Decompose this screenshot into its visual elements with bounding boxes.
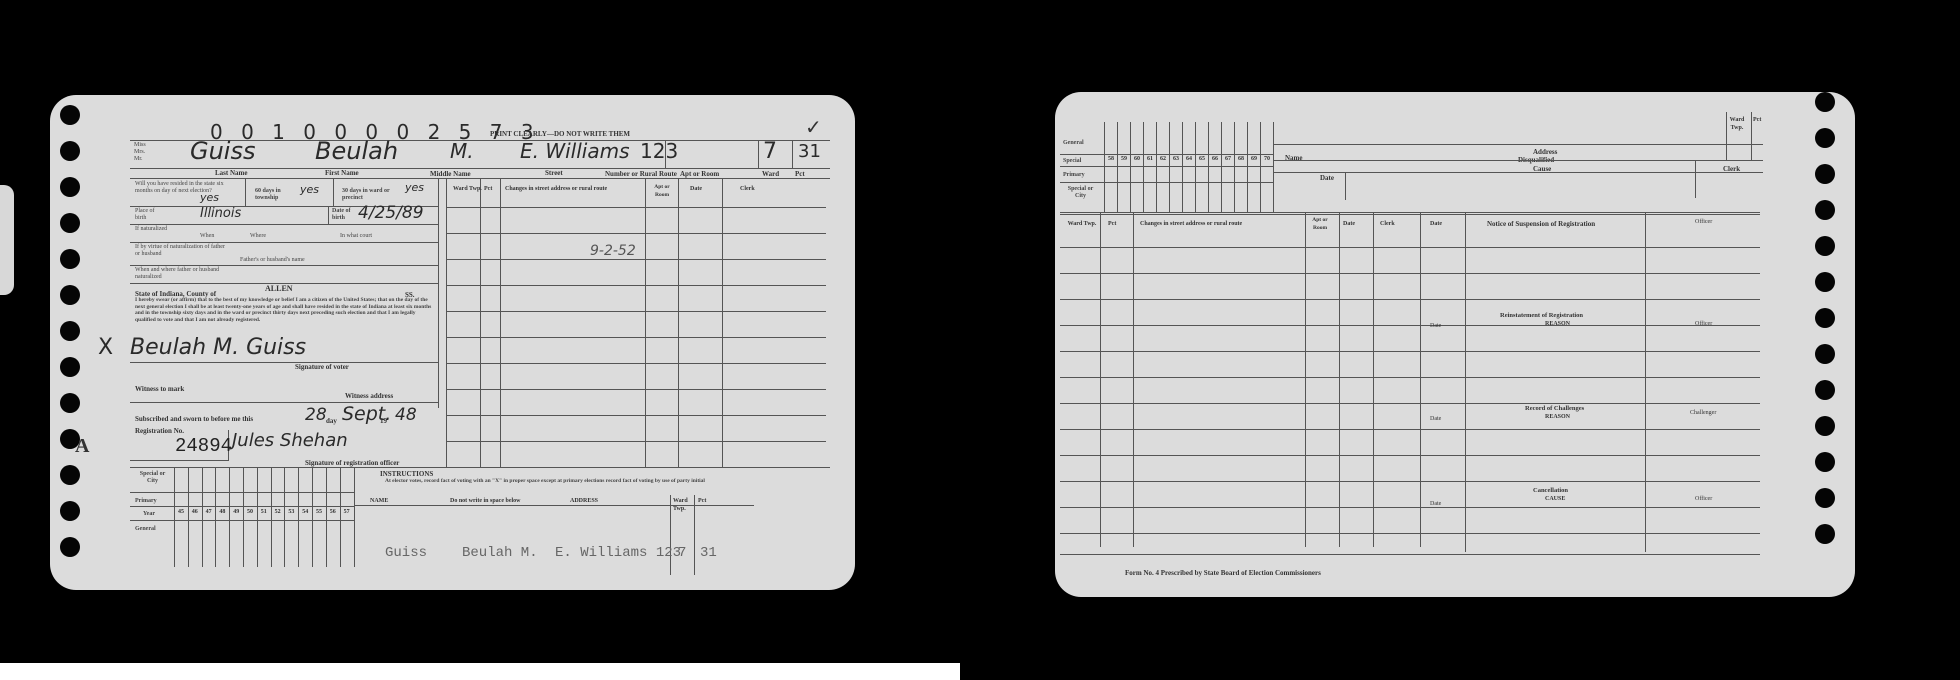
rule [792,140,793,168]
court-label: In what court [340,233,372,240]
voter-ward: 7 [763,139,777,164]
instructions-title: INSTRUCTIONS [380,470,433,478]
punch-hole [1815,92,1835,112]
vote-year-label: 64 [1182,156,1196,162]
vote-year-label: 60 [1130,156,1144,162]
street-label: Street [545,169,563,177]
rule [130,265,438,266]
vote-year-label: 50 [243,509,257,515]
signature-mark: X [98,335,113,360]
voter-registration-card-front: 0 0 1 0 0 0 0 2 5 7 3 PRINT CLEARLY—DO N… [50,95,855,590]
rule [446,207,826,208]
vote-year-label: 65 [1195,156,1209,162]
registration-number: 24894 [175,435,232,457]
rule [446,415,826,416]
place-of-birth: Illinois [200,206,241,221]
rule [446,311,826,312]
change-col-address: Changes in street address or rural route [505,185,607,193]
punch-hole [1815,272,1835,292]
rule [1726,112,1727,160]
vote-year-label: 47 [202,509,216,515]
punch-hole [1815,236,1835,256]
vote-year-label: 52 [271,509,285,515]
punch-hole [60,537,80,557]
footer-ward-label: Ward Twp. [673,497,693,513]
cancellation-officer-label: Officer [1695,495,1712,503]
rule [326,467,327,567]
rule [446,233,826,234]
residence-question: Will you have resided in the state six m… [135,181,235,195]
officer-signature-label: Signature of registration officer [305,459,399,467]
vote-year-label: 48 [215,509,229,515]
suspension-officer-label: Officer [1695,218,1712,226]
apt-label: Apt or Room [680,170,719,178]
rule [1260,122,1261,212]
rule [1247,122,1248,212]
footer-pct-label: Pct [698,497,706,505]
challenges-date-label: Date [1430,415,1441,423]
form-footer: Form No. 4 Prescribed by State Board of … [1125,569,1321,577]
rule [257,467,258,567]
rule [645,178,646,468]
rule [446,363,826,364]
ward-label: Ward [762,170,779,178]
back-change-col-ward: Ward Twp. [1067,220,1097,228]
punch-hole [60,465,80,485]
reinstatement-officer-label: Officer [1695,320,1712,328]
date-of-birth-label: Date of birth [332,208,357,222]
rule [202,467,203,567]
change-col-clerk: Clerk [740,185,755,193]
header-instruction: PRINT CLEARLY—DO NOT WRITE THEM [490,130,630,138]
vote-row-general: General [135,526,156,533]
rule [130,402,438,403]
rule [1060,182,1273,183]
rule [188,467,189,567]
footer-name-label: NAME [370,497,388,505]
rule [1305,212,1306,547]
typed-ward: 7 [678,545,686,561]
rule [1117,122,1118,212]
reinstatement-reason-label: REASON [1545,320,1570,328]
rule [1345,172,1346,200]
voter-signature: Beulah M. Guiss [130,335,306,360]
rule [1060,212,1760,213]
rule [1060,351,1760,352]
rule [446,441,826,442]
instructions-text: At elector votes, record fact of voting … [385,478,730,485]
rule [245,178,246,206]
rule [130,362,438,363]
rule [446,178,447,468]
number-label: Number or Rural Route [605,170,677,178]
middle-name-label: Middle Name [430,170,471,178]
rule [1373,212,1374,547]
change-col-pct: Pct [484,185,492,193]
rule [130,492,354,493]
cancellation-date-label: Date [1430,500,1441,508]
rule [243,467,244,567]
rule [758,140,759,168]
punch-hole [1815,416,1835,436]
cancellation-cause-label: CAUSE [1545,495,1565,503]
subscribed-day: 28 [305,405,327,425]
days-township-label: 60 days in township [255,188,295,202]
rule [500,178,501,468]
rule [1645,212,1646,552]
back-change-col-date: Date [1343,220,1355,228]
punch-hole [60,213,80,233]
voter-registration-card-back: General Special Primary Special or City … [1055,92,1855,597]
rule [1273,172,1763,173]
adjacent-card-edge [0,185,14,295]
rule [438,178,439,408]
punch-hole [60,141,80,161]
subscribed-label: Subscribed and sworn to before me this [135,415,253,423]
rule [1060,455,1760,456]
typed-last-name: Guiss [385,545,427,561]
rule [1104,122,1105,212]
punch-hole [60,105,80,125]
rule [1060,533,1760,534]
punch-hole [60,285,80,305]
year-prefix: 19 [380,417,387,425]
reinstatement-date-label: Date [1430,322,1441,330]
naturalized-label: If naturalized [135,226,175,233]
father-husband-label: If by virtue of naturalization of father… [135,244,225,258]
typed-first-name: Beulah M. [462,545,538,561]
rule [1208,122,1209,212]
vote-year-label: 69 [1247,156,1261,162]
back-ward-label: Ward Twp. [1727,116,1747,132]
rule [446,337,826,338]
vote-year-label: 54 [298,509,312,515]
change-col-ward: Ward Twp. [453,185,482,193]
punch-hole [60,177,80,197]
rule [722,178,723,468]
back-address-label: Address [1533,148,1557,156]
footer-address-label: ADDRESS [570,497,598,505]
rule [1060,214,1760,215]
title-label-mrs: Mrs. [134,149,145,156]
rule [1195,122,1196,212]
witness-address-label: Witness address [345,392,393,400]
signature-label: Signature of voter [295,363,349,371]
county-name: ALLEN [265,285,293,293]
vote-year-label: 58 [1104,156,1118,162]
voter-middle-initial: M. [450,139,474,163]
blank-strip [0,663,960,680]
when-where-label: When and where father or husband natural… [135,267,235,281]
vote-year-label: 68 [1234,156,1248,162]
punch-hole [60,249,80,269]
rule [1130,122,1131,212]
title-label-miss: Miss [134,142,146,149]
rule [1060,247,1760,248]
place-of-birth-label: Place of birth [135,208,165,222]
residence-answer: yes [200,191,219,204]
rule [1465,212,1466,552]
change-entry-date: 9-2-52 [590,243,636,259]
vote-year-label: 49 [229,509,243,515]
rule [130,242,438,243]
rule [480,178,481,468]
back-change-col-pct: Pct [1108,220,1116,228]
rule [446,259,826,260]
rule [340,467,341,567]
officer-signature: Jules Shehan [232,430,348,451]
punch-hole [1815,488,1835,508]
vote-year-label: 45 [174,509,188,515]
punch-hole [60,393,80,413]
rule [1339,212,1340,547]
first-name-label: First Name [325,169,359,177]
rule [1060,377,1760,378]
vote-year-label: 62 [1156,156,1170,162]
vote-year-label: 51 [257,509,271,515]
rule [1060,299,1760,300]
rule [1060,325,1760,326]
back-vote-row-special-city: Special or City [1063,186,1098,200]
challenges-reason-label: REASON [1545,413,1570,421]
rule [1133,212,1134,547]
vote-year-label: 56 [326,509,340,515]
punch-hole [60,501,80,521]
rule [1420,212,1421,547]
rule [333,178,334,206]
punch-hole [1815,128,1835,148]
rule [1060,507,1760,508]
when-label: When [200,233,214,240]
punch-hole [1815,524,1835,544]
change-col-apt: Apt or Room [648,183,676,199]
vote-year-label: 61 [1143,156,1157,162]
punch-hole [1815,308,1835,328]
pct-label: Pct [795,170,805,178]
rule [328,206,329,224]
date-of-birth: 4/25/89 [358,203,424,223]
vote-year-label: 70 [1260,156,1274,162]
typed-address: E. Williams 123 [555,545,681,561]
back-change-col-address: Changes in street address or rural route [1140,220,1242,228]
vote-row-primary: Primary [135,498,157,505]
rule [312,467,313,567]
challenges-challenger-label: Challenger [1690,409,1716,417]
voter-street: E. Williams [520,139,630,163]
rule [1234,122,1235,212]
back-change-col-clerk: Clerk [1380,220,1395,228]
oath-text: I hereby swear (or affirm) that to the b… [135,297,435,323]
voter-house-number: 123 [640,139,678,163]
voter-first-name: Beulah [315,137,398,165]
vote-year-label: 53 [284,509,298,515]
rule [1182,122,1183,212]
punch-hole [1815,200,1835,220]
back-vote-row-special: Special [1063,158,1081,165]
rule [130,467,830,468]
rule [670,495,671,575]
witness-mark-label: Witness to mark [135,385,184,393]
suspension-date-label: Date [1430,220,1442,228]
day-label: day [326,417,337,425]
last-name-label: Last Name [215,169,247,177]
rule [1695,160,1696,198]
vote-row-year: Year [143,511,155,518]
cancellation-title: Cancellation [1533,487,1568,495]
rule [1273,144,1763,145]
vote-year-label: 46 [188,509,202,515]
reinstatement-title: Reinstatement of Registration [1500,312,1583,320]
rule [1060,166,1273,167]
vote-year-label: 67 [1221,156,1235,162]
vote-year-label: 55 [312,509,326,515]
vote-row-special: Special or City [135,471,170,485]
back-pct-label: Pct [1753,116,1761,124]
punch-hole [60,321,80,341]
suspension-title: Notice of Suspension of Registration [1487,220,1595,228]
back-vote-row-primary: Primary [1063,172,1085,179]
series-letter: A [75,435,89,457]
punch-hole [1815,380,1835,400]
rule [446,285,826,286]
vote-year-label: 66 [1208,156,1222,162]
rule [1060,554,1760,555]
vote-year-label: 59 [1117,156,1131,162]
change-col-date: Date [690,185,702,193]
back-change-col-apt: Apt or Room [1305,216,1335,232]
check-mark-icon: ✓ [805,115,822,140]
rule [1273,160,1763,161]
rule [1060,403,1760,404]
punch-hole [60,357,80,377]
days-ward-answer: yes [405,181,424,194]
rule [271,467,272,567]
rule [694,495,695,575]
vote-year-label: 57 [340,509,354,515]
punch-hole [1815,452,1835,472]
rule [1060,273,1760,274]
rule [446,389,826,390]
rule [229,467,230,567]
back-vote-row-general: General [1063,140,1084,147]
father-husband-name-label: Father's or husband's name [240,257,305,264]
rule [1221,122,1222,212]
typed-pct: 31 [700,545,717,561]
rule [130,520,354,521]
rule [130,506,354,507]
rule [678,178,679,468]
punch-hole [1815,344,1835,364]
rule [1060,154,1273,155]
where-label: Where [250,233,266,240]
rule [1751,112,1752,160]
footer-do-not-write: Do not write in space below [450,497,521,505]
rule [1100,212,1101,547]
rule [665,140,666,168]
days-township-answer: yes [300,183,319,196]
voter-last-name: Guiss [190,137,255,165]
challenges-title: Record of Challenges [1525,405,1584,413]
rule [1169,122,1170,212]
back-date-label: Date [1320,174,1334,182]
rule [284,467,285,567]
rule [1060,429,1760,430]
voter-precinct: 31 [798,141,821,162]
rule [130,224,438,225]
rule [1273,122,1274,212]
rule [174,467,175,567]
subscribed-year: 48 [395,405,417,425]
title-label-mr: Mr. [134,156,143,163]
vote-year-label: 63 [1169,156,1183,162]
rule [1143,122,1144,212]
punch-hole [1815,164,1835,184]
rule [1060,481,1760,482]
rule [354,467,355,567]
rule [298,467,299,567]
rule [1156,122,1157,212]
days-ward-label: 30 days in ward or precinct [342,188,402,202]
rule [215,467,216,567]
